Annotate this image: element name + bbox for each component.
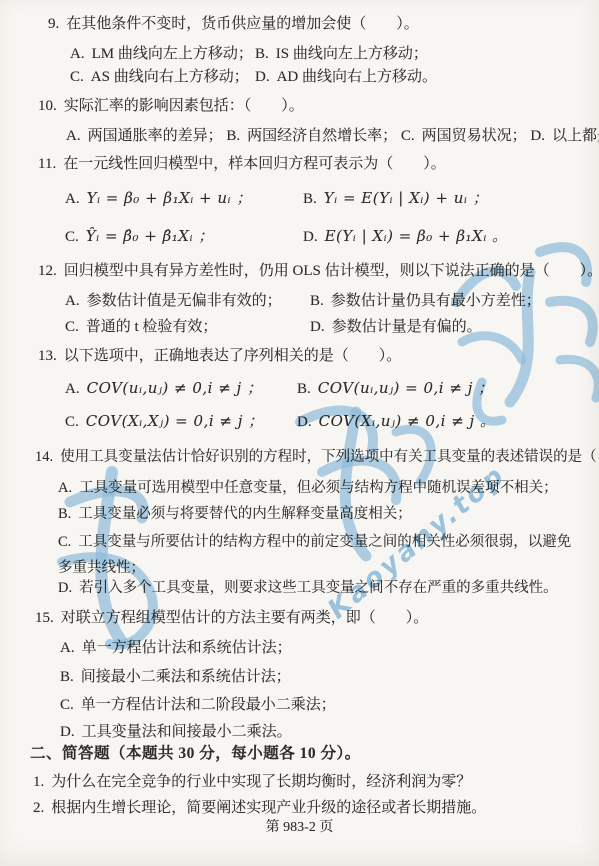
question-number: 9. xyxy=(48,16,59,32)
option-label: B. xyxy=(255,46,269,62)
option-label: B. xyxy=(303,191,317,207)
question-12-stem: 12.回归模型中具有异方差性时，仍用 OLS 估计模型，则以下说法正确的是（ ）… xyxy=(38,261,599,281)
section-2-item-1: 1.为什么在完全竞争的行业中实现了长期均衡时，经济利润为零？ xyxy=(33,772,471,792)
question-9-option-c: C.AS 曲线向右上方移动； xyxy=(70,67,249,87)
question-11-option-d: D.E(Yᵢ | Xᵢ) = β₀ + β₁Xᵢ 。 xyxy=(303,226,508,247)
section-2-heading: 二、简答题（本题共 30 分，每小题各 10 分）。 xyxy=(30,744,361,764)
option-label: B. xyxy=(226,128,240,144)
question-stem-text: 使用工具变量法估计恰好识别的方程时，下列选项中有关工具变量的表述错误的是（ ）。 xyxy=(60,449,599,465)
option-label: D. xyxy=(58,580,72,596)
option-formula: E(Yᵢ | Xᵢ) = β₀ + β₁Xᵢ 。 xyxy=(325,227,508,245)
question-14-option-d: D.若引入多个工具变量，则要求这些工具变量之间不存在严重的多重共线性。 xyxy=(58,578,558,598)
option-text: 工具变量法和间接最小二乘法。 xyxy=(82,724,292,740)
question-15-option-b: B.间接最小二乘法和系统估计法； xyxy=(60,667,291,687)
question-stem-text: 在其他条件不变时，货币供应量的增加会使（ ）。 xyxy=(66,16,419,32)
question-9-option-d: D.AD 曲线向右上方移动。 xyxy=(255,67,437,87)
question-9-option-b: B.IS 曲线向左上方移动； xyxy=(255,44,428,64)
option-formula: Yᵢ = E(Yᵢ | Xᵢ) + uᵢ ； xyxy=(324,189,488,207)
option-formula: COV(uᵢ,uⱼ) ≠ 0,i ≠ j ； xyxy=(87,379,263,397)
option-text: 单一方程估计法和二阶段最小二乘法； xyxy=(81,697,336,713)
section-2-item-2: 2.根据内生增长理论，简要阐述实现产业升级的途径或者长期措施。 xyxy=(33,798,486,818)
question-14-option-a: A.工具变量可选用模型中任意变量，但必须与结构方程中随机误差项不相关； xyxy=(58,478,558,498)
question-11-option-b: B.Yᵢ = E(Yᵢ | Xᵢ) + uᵢ ； xyxy=(303,188,488,209)
question-number: 10. xyxy=(38,98,57,114)
scanned-exam-page: 9.在其他条件不变时，货币供应量的增加会使（ ）。 A.LM 曲线向左上方移动；… xyxy=(0,0,599,866)
question-13-option-d: D.COV(Xᵢ,uⱼ) ≠ 0,i ≠ j 。 xyxy=(297,411,495,432)
option-formula: COV(Xᵢ,uⱼ) ≠ 0,i ≠ j 。 xyxy=(319,412,496,430)
option-label: C. xyxy=(65,229,79,245)
item-number: 2. xyxy=(33,800,44,816)
question-stem-text: 回归模型中具有异方差性时，仍用 OLS 估计模型，则以下说法正确的是（ ）。 xyxy=(64,263,599,279)
option-text: 单一方程估计法和系统估计法； xyxy=(82,640,292,656)
option-text: AS 曲线向右上方移动； xyxy=(91,69,249,85)
option-label: C. xyxy=(401,128,415,144)
question-12-option-c: C.普通的 t 检验有效； xyxy=(65,317,217,337)
question-number: 12. xyxy=(38,263,57,279)
option-label: A. xyxy=(58,480,72,496)
option-label: D. xyxy=(297,414,312,430)
question-number: 15. xyxy=(35,610,54,626)
option-label: A. xyxy=(60,640,75,656)
option-text: 以上都是。 xyxy=(552,128,599,144)
question-14-stem: 14.使用工具变量法估计恰好识别的方程时，下列选项中有关工具变量的表述错误的是（… xyxy=(35,447,599,467)
option-label: A. xyxy=(65,381,80,397)
option-text: 参数估计值是无偏非有效的； xyxy=(87,293,282,309)
page-number-footer: 第 983-2 页 xyxy=(0,818,599,838)
option-label: B. xyxy=(60,669,74,685)
question-number: 13. xyxy=(38,348,57,364)
question-14-option-c: C.工具变量与所要估计的结构方程中的前定变量之间的相关性必须很弱，以避免多重共线… xyxy=(58,529,583,581)
item-text: 为什么在完全竞争的行业中实现了长期均衡时，经济利润为零？ xyxy=(51,774,471,790)
question-10-stem: 10.实际汇率的影响因素包括：（ ）。 xyxy=(38,96,304,116)
question-14-option-b: B.工具变量必须与将要替代的内生解释变量高度相关； xyxy=(58,504,412,524)
question-11-option-c: C.Ŷᵢ = β̂₀ + β̂₁Xᵢ ； xyxy=(65,226,214,247)
option-text: AD 曲线向右上方移动。 xyxy=(277,69,437,85)
question-stem-text: 对联立方程组模型估计的方法主要有两类，即（ ）。 xyxy=(61,610,429,626)
option-label: A. xyxy=(65,293,80,309)
option-text: 普通的 t 检验有效； xyxy=(86,319,218,335)
option-text: 若引入多个工具变量，则要求这些工具变量之间不存在严重的多重共线性。 xyxy=(79,580,558,596)
option-label: B. xyxy=(297,381,311,397)
question-stem-text: 实际汇率的影响因素包括：（ ）。 xyxy=(64,98,304,114)
question-11-stem: 11.在一元线性回归模型中，样本回归方程可表示为（ ）。 xyxy=(38,154,446,174)
item-number: 1. xyxy=(33,774,44,790)
question-12-option-b: B.参数估计量仍具有最小方差性； xyxy=(310,291,541,311)
question-stem-text: 在一元线性回归模型中，样本回归方程可表示为（ ）。 xyxy=(63,156,446,172)
option-label: B. xyxy=(58,506,71,522)
question-10-options-row: A.两国通胀率的差异； B.两国经济自然增长率； C.两国贸易状况； D.以上都… xyxy=(66,126,599,146)
option-label: A. xyxy=(65,191,80,207)
option-label: A. xyxy=(70,46,85,62)
option-label: C. xyxy=(65,319,79,335)
option-text: 参数估计量是有偏的。 xyxy=(332,319,482,335)
question-13-option-b: B.COV(uᵢ,uⱼ) = 0,i ≠ j ； xyxy=(297,378,494,399)
option-text: 工具变量与所要估计的结构方程中的前定变量之间的相关性必须很弱，以避免多重共线性； xyxy=(58,534,571,576)
option-text: 工具变量必须与将要替代的内生解释变量高度相关； xyxy=(78,506,412,522)
option-text: LM 曲线向左上方移动； xyxy=(92,46,253,62)
option-label: D. xyxy=(60,724,75,740)
item-text: 根据内生增长理论，简要阐述实现产业升级的途径或者长期措施。 xyxy=(51,800,486,816)
option-formula: Yᵢ = β₀ + β₁Xᵢ + uᵢ ； xyxy=(87,189,252,207)
option-label: A. xyxy=(66,128,81,144)
option-label: D. xyxy=(303,229,318,245)
option-label: D. xyxy=(255,69,270,85)
question-11-option-a: A.Yᵢ = β₀ + β₁Xᵢ + uᵢ ； xyxy=(65,188,252,209)
question-15-stem: 15.对联立方程组模型估计的方法主要有两类，即（ ）。 xyxy=(35,608,428,628)
option-formula: Ŷᵢ = β̂₀ + β̂₁Xᵢ ； xyxy=(86,227,214,245)
question-12-option-a: A.参数估计值是无偏非有效的； xyxy=(65,291,282,311)
option-text: IS 曲线向左上方移动； xyxy=(276,46,428,62)
option-label: C. xyxy=(60,697,74,713)
question-15-option-c: C.单一方程估计法和二阶段最小二乘法； xyxy=(60,695,336,715)
option-label: C. xyxy=(65,414,79,430)
option-text: 参数估计量仍具有最小方差性； xyxy=(331,293,541,309)
question-9-option-a: A.LM 曲线向左上方移动； xyxy=(70,44,253,64)
option-text: 两国贸易状况； xyxy=(422,128,527,144)
option-formula: COV(Xᵢ,Xⱼ) = 0,i ≠ j ； xyxy=(86,412,264,430)
question-13-stem: 13.以下选项中，正确地表达了序列相关的是（ ）。 xyxy=(38,346,401,366)
option-text: 间接最小二乘法和系统估计法； xyxy=(81,669,291,685)
question-15-option-d: D.工具变量法和间接最小二乘法。 xyxy=(60,722,292,742)
question-9-stem: 9.在其他条件不变时，货币供应量的增加会使（ ）。 xyxy=(48,14,419,34)
question-number: 14. xyxy=(35,449,53,465)
option-text: 两国经济自然增长率； xyxy=(247,128,397,144)
option-label: B. xyxy=(310,293,324,309)
option-label: D. xyxy=(310,319,325,335)
question-12-option-d: D.参数估计量是有偏的。 xyxy=(310,317,482,337)
question-stem-text: 以下选项中，正确地表达了序列相关的是（ ）。 xyxy=(64,348,402,364)
question-13-option-a: A.COV(uᵢ,uⱼ) ≠ 0,i ≠ j ； xyxy=(65,378,262,399)
option-label: D. xyxy=(530,128,545,144)
question-13-option-c: C.COV(Xᵢ,Xⱼ) = 0,i ≠ j ； xyxy=(65,411,264,432)
question-number: 11. xyxy=(38,156,56,172)
option-text: 工具变量可选用模型中任意变量，但必须与结构方程中随机误差项不相关； xyxy=(79,480,558,496)
question-15-option-a: A.单一方程估计法和系统估计法； xyxy=(60,638,292,658)
option-formula: COV(uᵢ,uⱼ) = 0,i ≠ j ； xyxy=(318,379,494,397)
option-text: 两国通胀率的差异； xyxy=(88,128,223,144)
option-label: C. xyxy=(70,69,84,85)
option-label: C. xyxy=(58,534,71,550)
